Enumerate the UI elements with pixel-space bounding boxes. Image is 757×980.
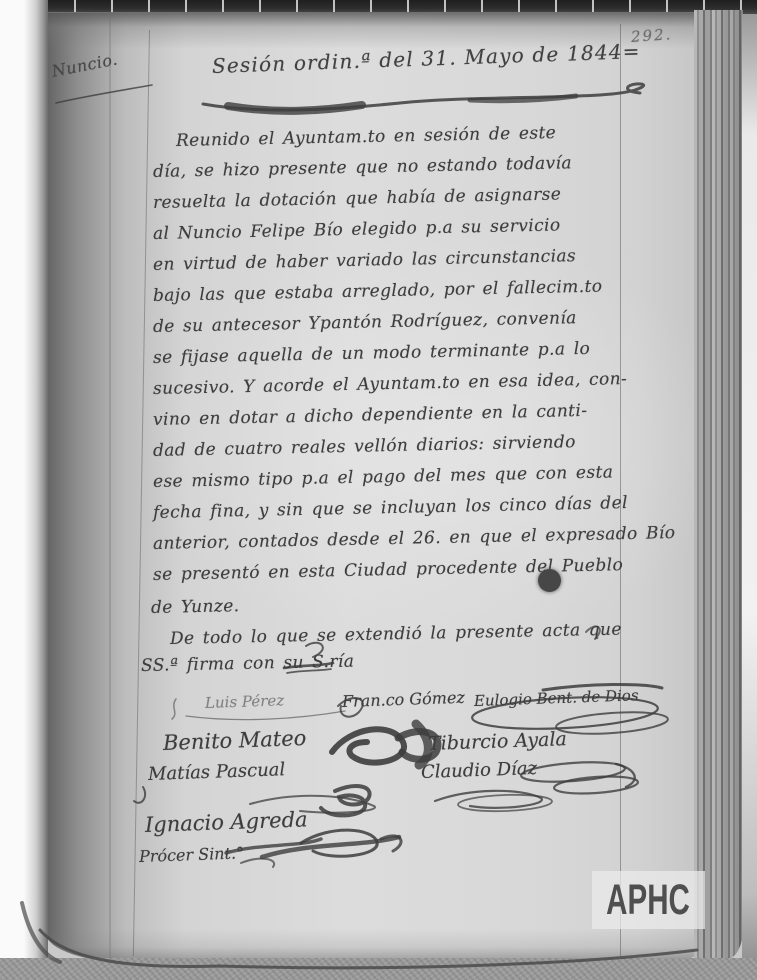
page-crease-line — [109, 16, 111, 958]
aphc-watermark: APHC — [592, 871, 705, 929]
ink-blot — [538, 569, 561, 592]
page-edge-stack — [694, 10, 743, 960]
right-page-sliver — [742, 14, 757, 960]
manuscript-line: de Yunze. — [151, 596, 240, 618]
right-margin-rule-line — [620, 24, 621, 956]
facing-page-edge — [0, 0, 48, 980]
signature: Claudio Díaz — [421, 758, 538, 783]
aphc-watermark-label: APHC — [607, 875, 691, 925]
signature: Prócer Sint.° — [139, 843, 245, 866]
scanned-manuscript-image: 292. Nuncio. Sesión ordin.ª del 31. Mayo… — [0, 0, 757, 980]
desk-surface — [0, 958, 757, 980]
signature: Luis Pérez — [205, 691, 285, 712]
signature: Benito Mateo — [163, 726, 307, 755]
